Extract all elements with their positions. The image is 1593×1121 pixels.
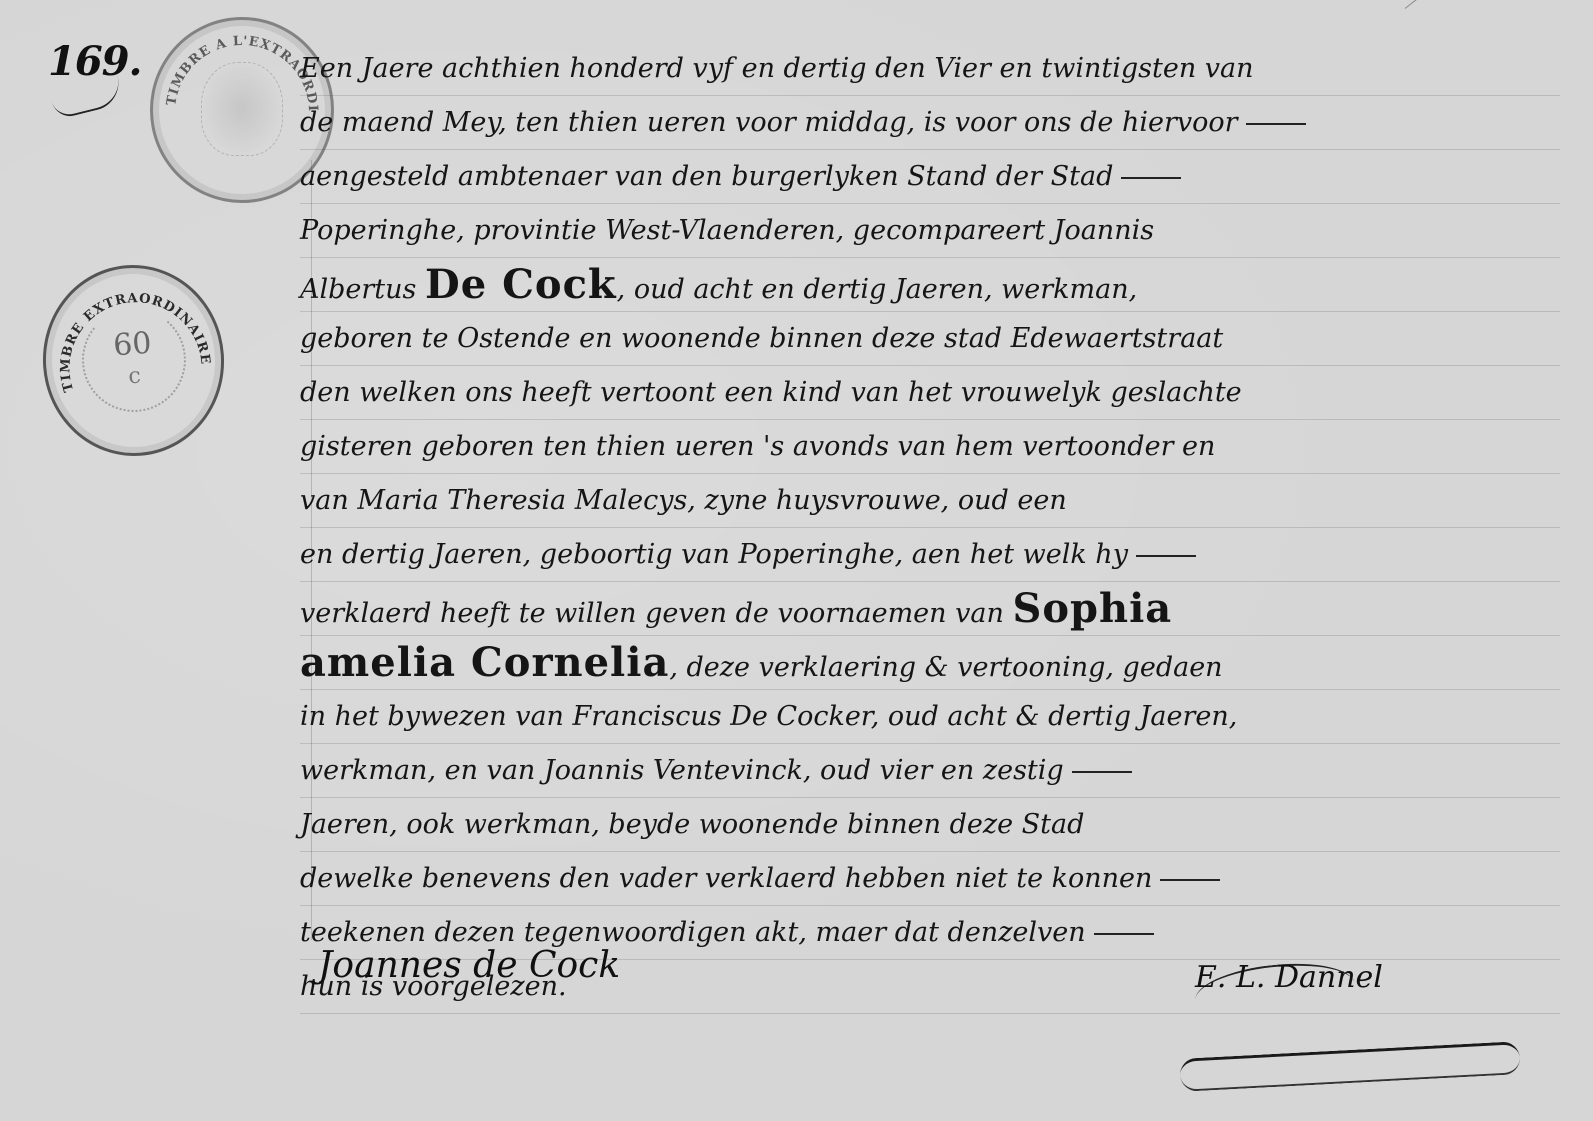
folio-number: 169.	[48, 38, 141, 85]
act-line: aengesteld ambtenaer van den burgerlyken…	[300, 150, 1560, 204]
act-line: gisteren geboren ten thien ueren 's avon…	[300, 420, 1560, 474]
act-line-father-name: Albertus De Cock, oud acht en dertig Jae…	[300, 258, 1560, 312]
act-line: Jaeren, ook werkman, beyde woonende binn…	[300, 798, 1560, 852]
official-signature: E. L. Dannel	[1195, 960, 1383, 995]
svg-text:TIMBRE A L'EXTRAORDINAIRE: TIMBRE A L'EXTRAORDINAIRE	[153, 20, 320, 112]
act-line: Poperinghe, provintie West-Vlaenderen, g…	[300, 204, 1560, 258]
act-line: den welken ons heeft vertoont een kind v…	[300, 366, 1560, 420]
act-line: in het bywezen van Franciscus De Cocker,…	[300, 690, 1560, 744]
timbre-extraordinaire-stamp: TIMBRE EXTRAORDINAIRE 60 c	[37, 259, 231, 462]
act-line-child-name: verklaerd heeft te willen geven de voorn…	[300, 582, 1560, 636]
act-line-child-name-cont: amelia Cornelia, deze verklaering & vert…	[300, 636, 1560, 690]
act-line: en dertig Jaeren, geboortig van Popering…	[300, 528, 1560, 582]
child-first-name: Sophia	[1012, 585, 1172, 632]
act-line: werkman, en van Joannis Ventevinck, oud …	[300, 744, 1560, 798]
act-line: Een Jaere achthien honderd vyf en dertig…	[300, 42, 1560, 96]
declarant-signature: Joannes de Cock	[318, 945, 620, 986]
act-line: dewelke benevens den vader verklaerd heb…	[300, 852, 1560, 906]
child-middle-names: amelia Cornelia	[300, 639, 669, 686]
act-body: Een Jaere achthien honderd vyf en dertig…	[300, 42, 1560, 1014]
father-surname: De Cock	[425, 261, 617, 308]
act-line: de maend Mey, ten thien ueren voor midda…	[300, 96, 1560, 150]
act-line-mother-name: van Maria Theresia Malecys, zyne huysvro…	[300, 474, 1560, 528]
act-line: geboren te Ostende en woonende binnen de…	[300, 312, 1560, 366]
